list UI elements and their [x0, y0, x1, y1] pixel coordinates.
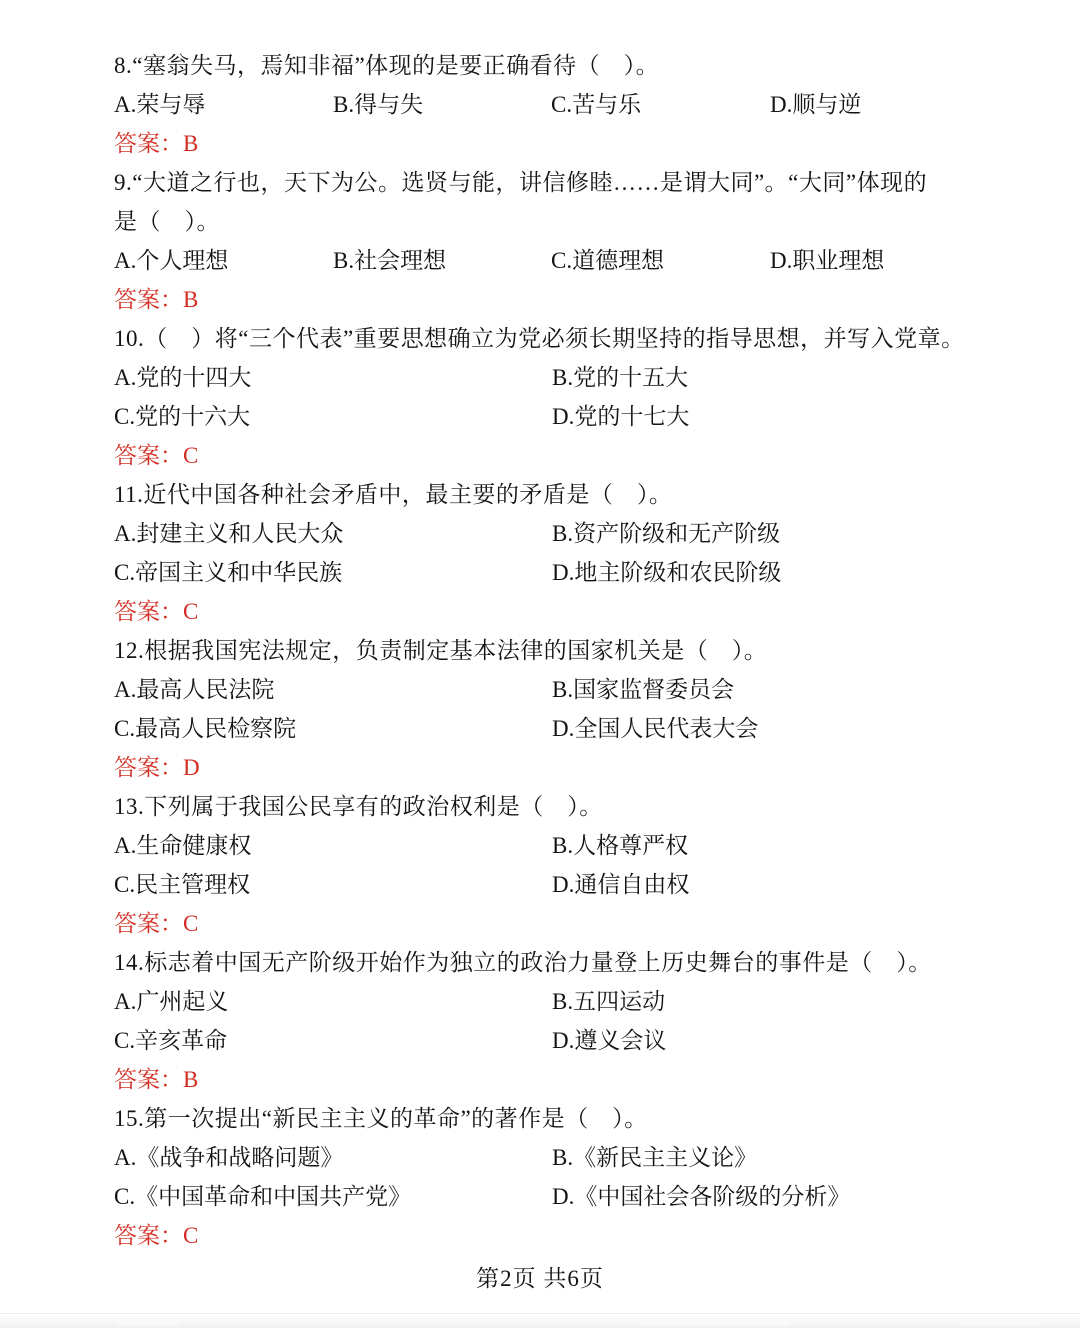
options-group: A.最高人民法院B.国家监督委员会C.最高人民检察院D.全国人民代表大会 — [114, 670, 980, 748]
question-11-option-a: A.封建主义和人民大众 — [114, 514, 552, 553]
question-13-option-b: B.人格尊严权 — [552, 826, 980, 865]
question-15-option-d: D.《中国社会各阶级的分析》 — [552, 1177, 980, 1216]
answer-value: C — [183, 443, 198, 468]
bottom-edge-patch — [960, 1317, 1040, 1325]
question-9-stem-line: 9.“大道之行也，天下为公。选贤与能，讲信修睦……是谓大同”。“大同”体现的 — [114, 163, 980, 202]
options-group: A.党的十四大B.党的十五大C.党的十六大D.党的十七大 — [114, 358, 980, 436]
question-14: 14.标志着中国无产阶级开始作为独立的政治力量登上历史舞台的事件是（ ）。 A.… — [114, 943, 980, 1099]
question-9-option-b: B.社会理想 — [333, 241, 551, 280]
question-10-option-c: C.党的十六大 — [114, 397, 552, 436]
question-stem: 14.标志着中国无产阶级开始作为独立的政治力量登上历史舞台的事件是（ ）。 — [114, 943, 980, 982]
answer-label: 答案： — [114, 755, 183, 780]
question-9-stem-line: 是（ ）。 — [114, 202, 980, 241]
answer-label: 答案： — [114, 287, 183, 312]
answer-line: 答案：D — [114, 748, 980, 787]
question-stem: 9.“大道之行也，天下为公。选贤与能，讲信修睦……是谓大同”。“大同”体现的是（… — [114, 163, 980, 241]
question-11-option-c: C.帝国主义和中华民族 — [114, 553, 552, 592]
question-11: 11.近代中国各种社会矛盾中，最主要的矛盾是（ ）。 A.封建主义和人民大众B.… — [114, 475, 980, 631]
answer-value: C — [183, 1223, 198, 1248]
question-8-option-b: B.得与失 — [333, 85, 551, 124]
options-group: A.个人理想B.社会理想C.道德理想D.职业理想 — [114, 241, 980, 280]
answer-line: 答案：C — [114, 592, 980, 631]
question-stem: 13.下列属于我国公民享有的政治权利是（ ）。 — [114, 787, 980, 826]
answer-line: 答案：B — [114, 124, 980, 163]
question-10-option-b: B.党的十五大 — [552, 358, 980, 397]
question-15-option-b: B.《新民主主义论》 — [552, 1138, 980, 1177]
question-10: 10.（ ）将“三个代表”重要思想确立为党必须长期坚持的指导思想，并写入党章。 … — [114, 319, 980, 475]
options-group: A.广州起义B.五四运动C.辛亥革命D.遵义会议 — [114, 982, 980, 1060]
answer-label: 答案： — [114, 599, 183, 624]
question-8-option-c: C.苦与乐 — [551, 85, 770, 124]
question-11-option-b: B.资产阶级和无产阶级 — [552, 514, 980, 553]
question-12-option-a: A.最高人民法院 — [114, 670, 552, 709]
options-group: A.生命健康权B.人格尊严权C.民主管理权D.通信自由权 — [114, 826, 980, 904]
question-10-stem-line: 10.（ ）将“三个代表”重要思想确立为党必须长期坚持的指导思想，并写入党章。 — [114, 319, 980, 358]
question-13-option-d: D.通信自由权 — [552, 865, 980, 904]
question-13-stem-line: 13.下列属于我国公民享有的政治权利是（ ）。 — [114, 787, 980, 826]
options-group: A.封建主义和人民大众B.资产阶级和无产阶级C.帝国主义和中华民族D.地主阶级和… — [114, 514, 980, 592]
question-14-option-c: C.辛亥革命 — [114, 1021, 552, 1060]
question-8: 8.“塞翁失马，焉知非福”体现的是要正确看待（ ）。 A.荣与辱B.得与失C.苦… — [114, 46, 980, 163]
question-10-option-d: D.党的十七大 — [552, 397, 980, 436]
question-list: 8.“塞翁失马，焉知非福”体现的是要正确看待（ ）。 A.荣与辱B.得与失C.苦… — [114, 46, 980, 1255]
question-13-option-c: C.民主管理权 — [114, 865, 552, 904]
question-8-stem-line: 8.“塞翁失马，焉知非福”体现的是要正确看待（ ）。 — [114, 46, 980, 85]
question-8-option-d: D.顺与逆 — [770, 85, 980, 124]
question-12-option-b: B.国家监督委员会 — [552, 670, 980, 709]
question-15: 15.第一次提出“新民主主义的革命”的著作是（ ）。 A.《战争和战略问题》B.… — [114, 1099, 980, 1255]
question-stem: 12.根据我国宪法规定，负责制定基本法律的国家机关是（ ）。 — [114, 631, 980, 670]
answer-line: 答案：B — [114, 1060, 980, 1099]
question-13-option-a: A.生命健康权 — [114, 826, 552, 865]
answer-value: B — [183, 131, 198, 156]
answer-label: 答案： — [114, 131, 183, 156]
question-10-option-a: A.党的十四大 — [114, 358, 552, 397]
question-15-option-a: A.《战争和战略问题》 — [114, 1138, 552, 1177]
question-14-option-a: A.广州起义 — [114, 982, 552, 1021]
question-11-option-d: D.地主阶级和农民阶级 — [552, 553, 980, 592]
question-12-option-c: C.最高人民检察院 — [114, 709, 552, 748]
answer-label: 答案： — [114, 1067, 183, 1092]
answer-line: 答案：C — [114, 1216, 980, 1255]
question-15-option-c: C.《中国革命和中国共产党》 — [114, 1177, 552, 1216]
page-footer: 第2页 共6页 — [0, 1259, 1080, 1298]
answer-label: 答案： — [114, 443, 183, 468]
question-8-option-a: A.荣与辱 — [114, 85, 333, 124]
question-stem: 10.（ ）将“三个代表”重要思想确立为党必须长期坚持的指导思想，并写入党章。 — [114, 319, 980, 358]
options-group: A.《战争和战略问题》B.《新民主主义论》C.《中国革命和中国共产党》D.《中国… — [114, 1138, 980, 1216]
answer-label: 答案： — [114, 911, 183, 936]
answer-value: B — [183, 1067, 198, 1092]
question-stem: 15.第一次提出“新民主主义的革命”的著作是（ ）。 — [114, 1099, 980, 1138]
answer-value: B — [183, 287, 198, 312]
answer-line: 答案：C — [114, 904, 980, 943]
question-9-option-a: A.个人理想 — [114, 241, 333, 280]
question-12-option-d: D.全国人民代表大会 — [552, 709, 980, 748]
question-14-stem-line: 14.标志着中国无产阶级开始作为独立的政治力量登上历史舞台的事件是（ ）。 — [114, 943, 980, 982]
question-13: 13.下列属于我国公民享有的政治权利是（ ）。 A.生命健康权B.人格尊严权C.… — [114, 787, 980, 943]
answer-line: 答案：B — [114, 280, 980, 319]
question-12: 12.根据我国宪法规定，负责制定基本法律的国家机关是（ ）。 A.最高人民法院B… — [114, 631, 980, 787]
answer-label: 答案： — [114, 1223, 183, 1248]
bottom-edge-artifact — [0, 1313, 1080, 1328]
exam-page: 8.“塞翁失马，焉知非福”体现的是要正确看待（ ）。 A.荣与辱B.得与失C.苦… — [114, 46, 980, 1255]
question-14-option-d: D.遵义会议 — [552, 1021, 980, 1060]
answer-value: D — [183, 755, 200, 780]
answer-value: C — [183, 911, 198, 936]
bottom-edge-patch — [118, 1317, 178, 1325]
question-9: 9.“大道之行也，天下为公。选贤与能，讲信修睦……是谓大同”。“大同”体现的是（… — [114, 163, 980, 319]
answer-line: 答案：C — [114, 436, 980, 475]
question-9-option-c: C.道德理想 — [551, 241, 770, 280]
bottom-edge-patch — [640, 1317, 790, 1325]
question-12-stem-line: 12.根据我国宪法规定，负责制定基本法律的国家机关是（ ）。 — [114, 631, 980, 670]
answer-value: C — [183, 599, 198, 624]
question-14-option-b: B.五四运动 — [552, 982, 980, 1021]
question-stem: 11.近代中国各种社会矛盾中，最主要的矛盾是（ ）。 — [114, 475, 980, 514]
question-15-stem-line: 15.第一次提出“新民主主义的革命”的著作是（ ）。 — [114, 1099, 980, 1138]
question-11-stem-line: 11.近代中国各种社会矛盾中，最主要的矛盾是（ ）。 — [114, 475, 980, 514]
question-stem: 8.“塞翁失马，焉知非福”体现的是要正确看待（ ）。 — [114, 46, 980, 85]
options-group: A.荣与辱B.得与失C.苦与乐D.顺与逆 — [114, 85, 980, 124]
question-9-option-d: D.职业理想 — [770, 241, 980, 280]
